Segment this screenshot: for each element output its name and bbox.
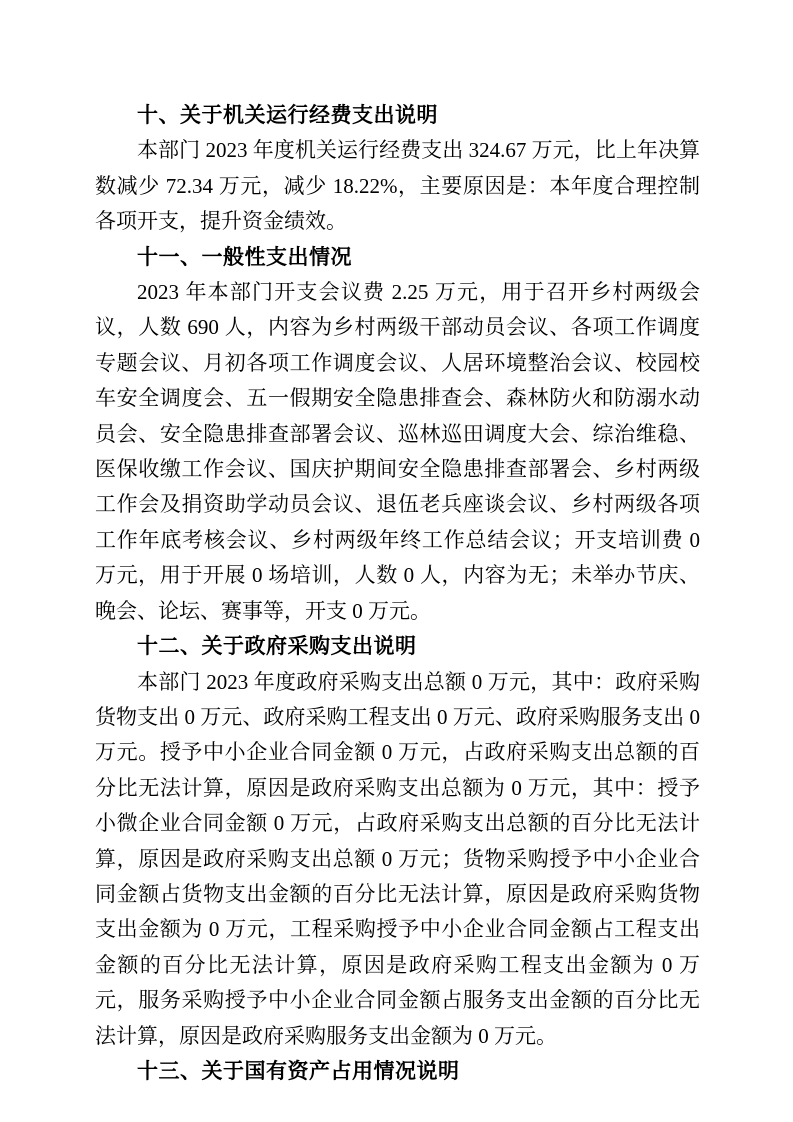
- section-heading-12-government-procurement: 十二、关于政府采购支出说明: [95, 629, 700, 664]
- section-paragraph-10: 本部门 2023 年度机关运行经费支出 324.67 万元，比上年决算数减少 7…: [95, 133, 700, 239]
- section-paragraph-11: 2023 年本部门开支会议费 2.25 万元，用于召开乡村两级会议，人数 690…: [95, 275, 700, 629]
- section-paragraph-12: 本部门 2023 年度政府采购支出总额 0 万元，其中：政府采购货物支出 0 万…: [95, 665, 700, 1054]
- section-heading-11-general-expenditure: 十一、一般性支出情况: [95, 240, 700, 275]
- document-page: 十、关于机关运行经费支出说明 本部门 2023 年度机关运行经费支出 324.6…: [0, 0, 793, 1122]
- section-heading-10-agency-operating-expense: 十、关于机关运行经费支出说明: [95, 98, 700, 133]
- section-heading-13-state-owned-assets: 十三、关于国有资产占用情况说明: [95, 1054, 700, 1089]
